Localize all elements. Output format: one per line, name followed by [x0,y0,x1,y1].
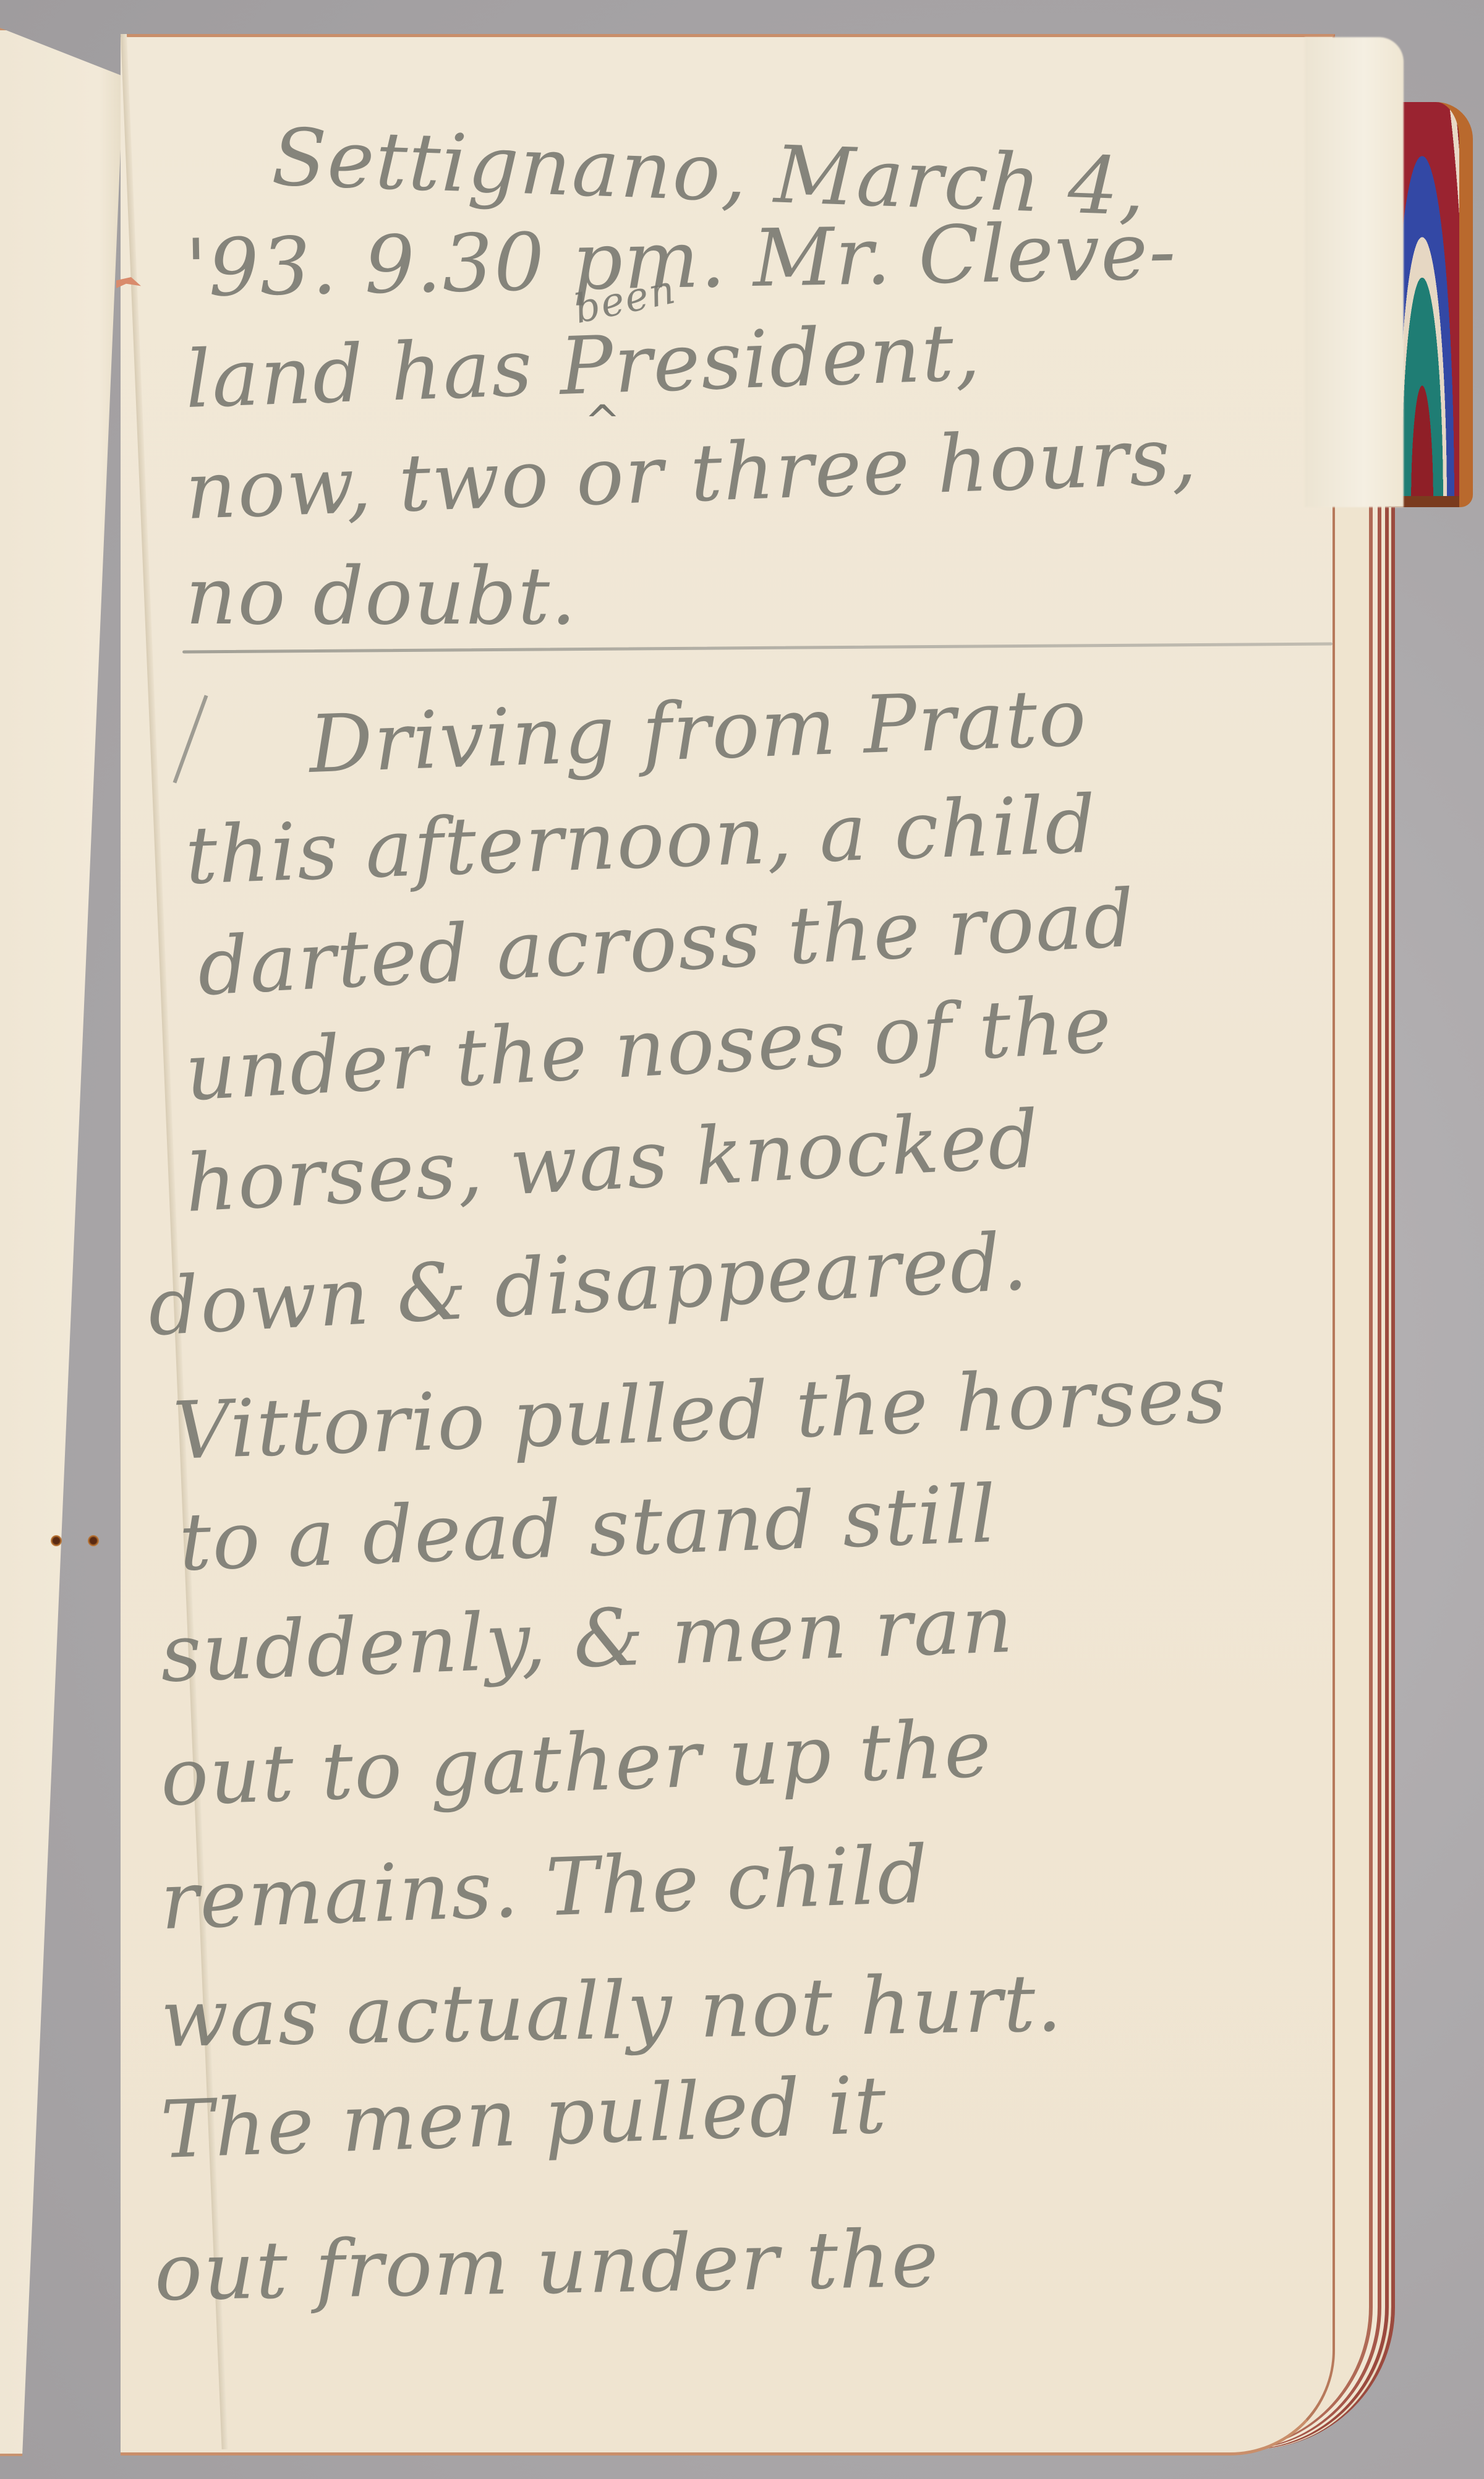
entry-1-line-5: no doubt. [185,550,578,643]
entry-2-line-14: out from under the [154,2213,940,2319]
stitch-hole-right [88,1535,99,1546]
entry-1-line-2: '93. 9.30 pm. Mr. Cleve- [185,205,1178,315]
stitch-hole-left [51,1535,62,1546]
worn-page-corner [1305,37,1404,507]
entry-2-line-12: was actually not hurt. [160,1958,1064,2065]
